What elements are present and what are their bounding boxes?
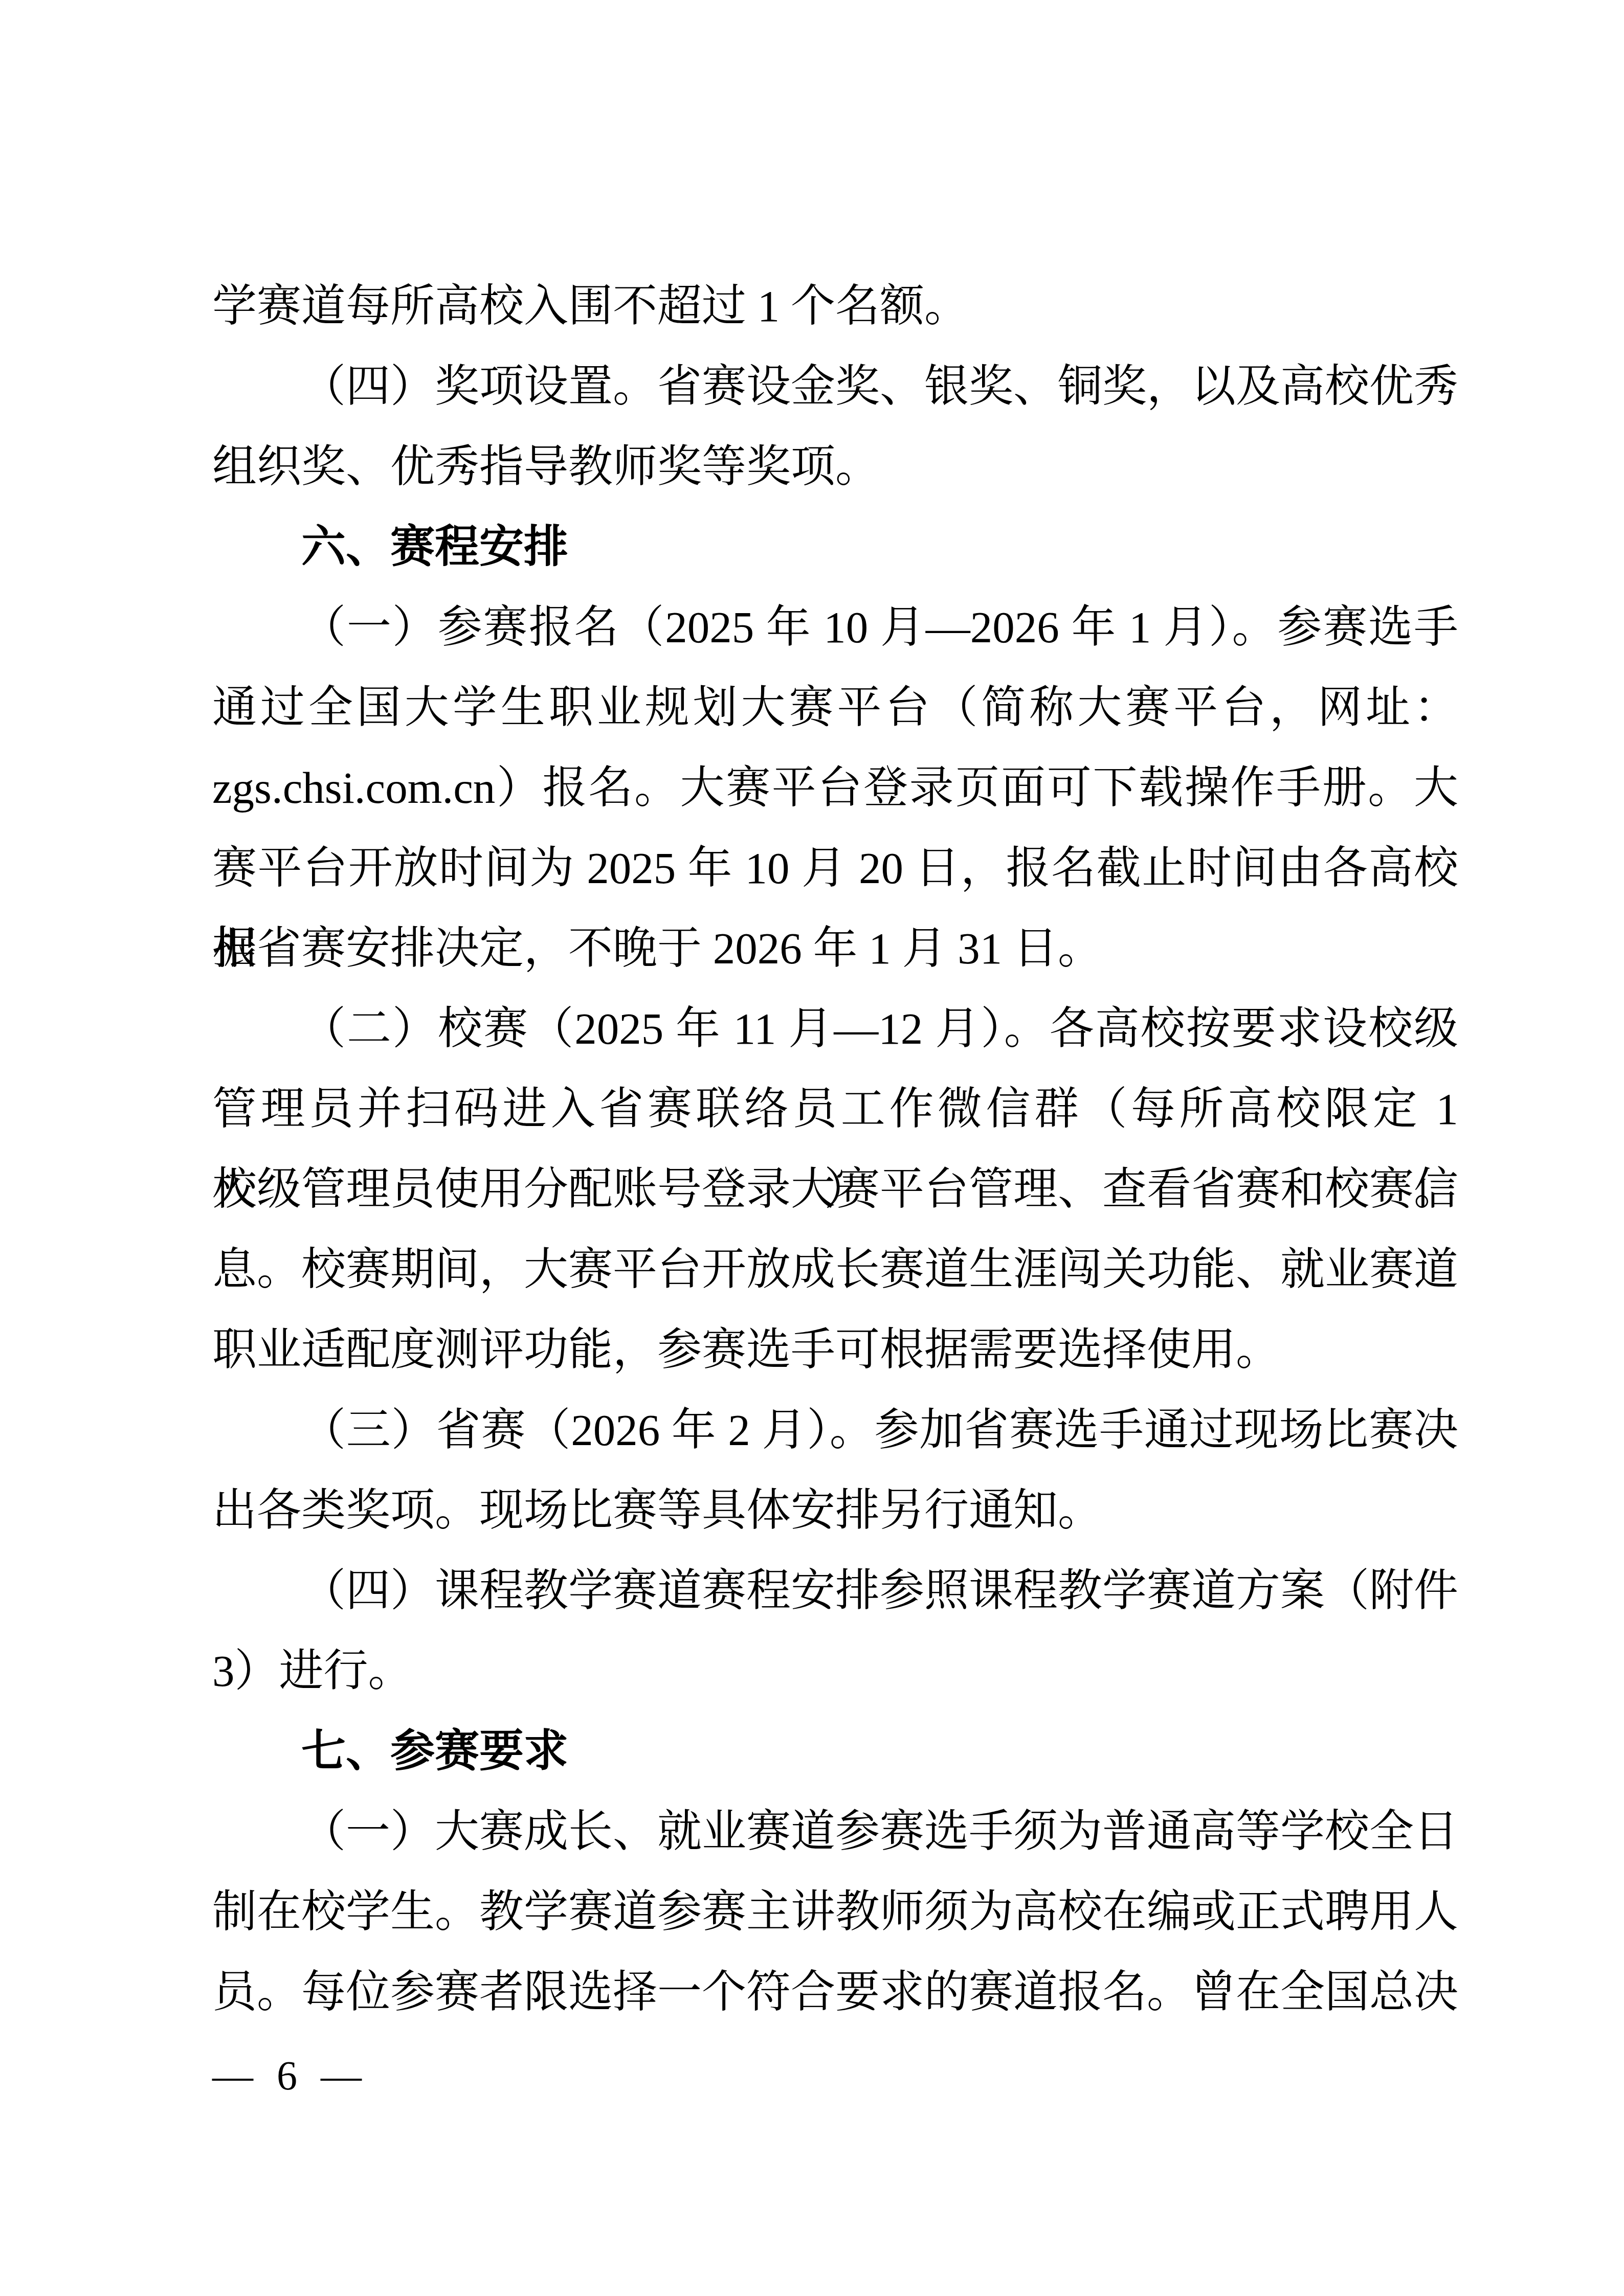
section-heading: 七、参赛要求 — [212, 1711, 1458, 1791]
text-line: （四）课程教学赛道赛程安排参照课程教学赛道方案（附件 — [212, 1550, 1458, 1631]
text-line: 赛平台开放时间为 2025 年 10 月 20 日，报名截止时间由各高校根 — [212, 828, 1458, 908]
text-line: （四）奖项设置。省赛设金奖、银奖、铜奖，以及高校优秀 — [212, 346, 1458, 426]
text-line: 出各类奖项。现场比赛等具体安排另行通知。 — [212, 1470, 1458, 1550]
text-line: 校级管理员使用分配账号登录大赛平台管理、查看省赛和校赛信 — [212, 1149, 1458, 1229]
text-line: 管理员并扫码进入省赛联络员工作微信群（每所高校限定 1 人）。 — [212, 1069, 1458, 1149]
text-line: （一）大赛成长、就业赛道参赛选手须为普通高等学校全日 — [212, 1791, 1458, 1872]
text-line: 据省赛安排决定，不晚于 2026 年 1 月 31 日。 — [212, 908, 1458, 988]
text-line: 通过全国大学生职业规划大赛平台（简称大赛平台，网址： — [212, 667, 1458, 748]
text-line: （三）省赛（2026 年 2 月）。参加省赛选手通过现场比赛决 — [212, 1390, 1458, 1470]
text-line: 息。校赛期间，大赛平台开放成长赛道生涯闯关功能、就业赛道 — [212, 1229, 1458, 1310]
document-page: 学赛道每所高校入围不超过 1 个名额。 （四）奖项设置。省赛设金奖、银奖、铜奖，… — [0, 0, 1624, 2296]
text-line: （二）校赛（2025 年 11 月—12 月）。各高校按要求设校级 — [212, 988, 1458, 1069]
section-heading: 六、赛程安排 — [212, 507, 1458, 587]
text-line: 学赛道每所高校入围不超过 1 个名额。 — [212, 266, 1458, 346]
text-line: 3）进行。 — [212, 1631, 1458, 1711]
text-line: 制在校学生。教学赛道参赛主讲教师须为高校在编或正式聘用人 — [212, 1872, 1458, 1952]
text-line: （一）参赛报名（2025 年 10 月—2026 年 1 月）。参赛选手 — [212, 587, 1458, 667]
text-line: zgs.chsi.com.cn）报名。大赛平台登录页面可下载操作手册。大 — [212, 748, 1458, 828]
text-line: 员。每位参赛者限选择一个符合要求的赛道报名。曾在全国总决 — [212, 1952, 1458, 2032]
page-number: — 6 — — [212, 2045, 362, 2107]
text-line: 组织奖、优秀指导教师奖等奖项。 — [212, 426, 1458, 507]
document-body: 学赛道每所高校入围不超过 1 个名额。 （四）奖项设置。省赛设金奖、银奖、铜奖，… — [212, 266, 1458, 2032]
text-line: 职业适配度测评功能，参赛选手可根据需要选择使用。 — [212, 1310, 1458, 1390]
